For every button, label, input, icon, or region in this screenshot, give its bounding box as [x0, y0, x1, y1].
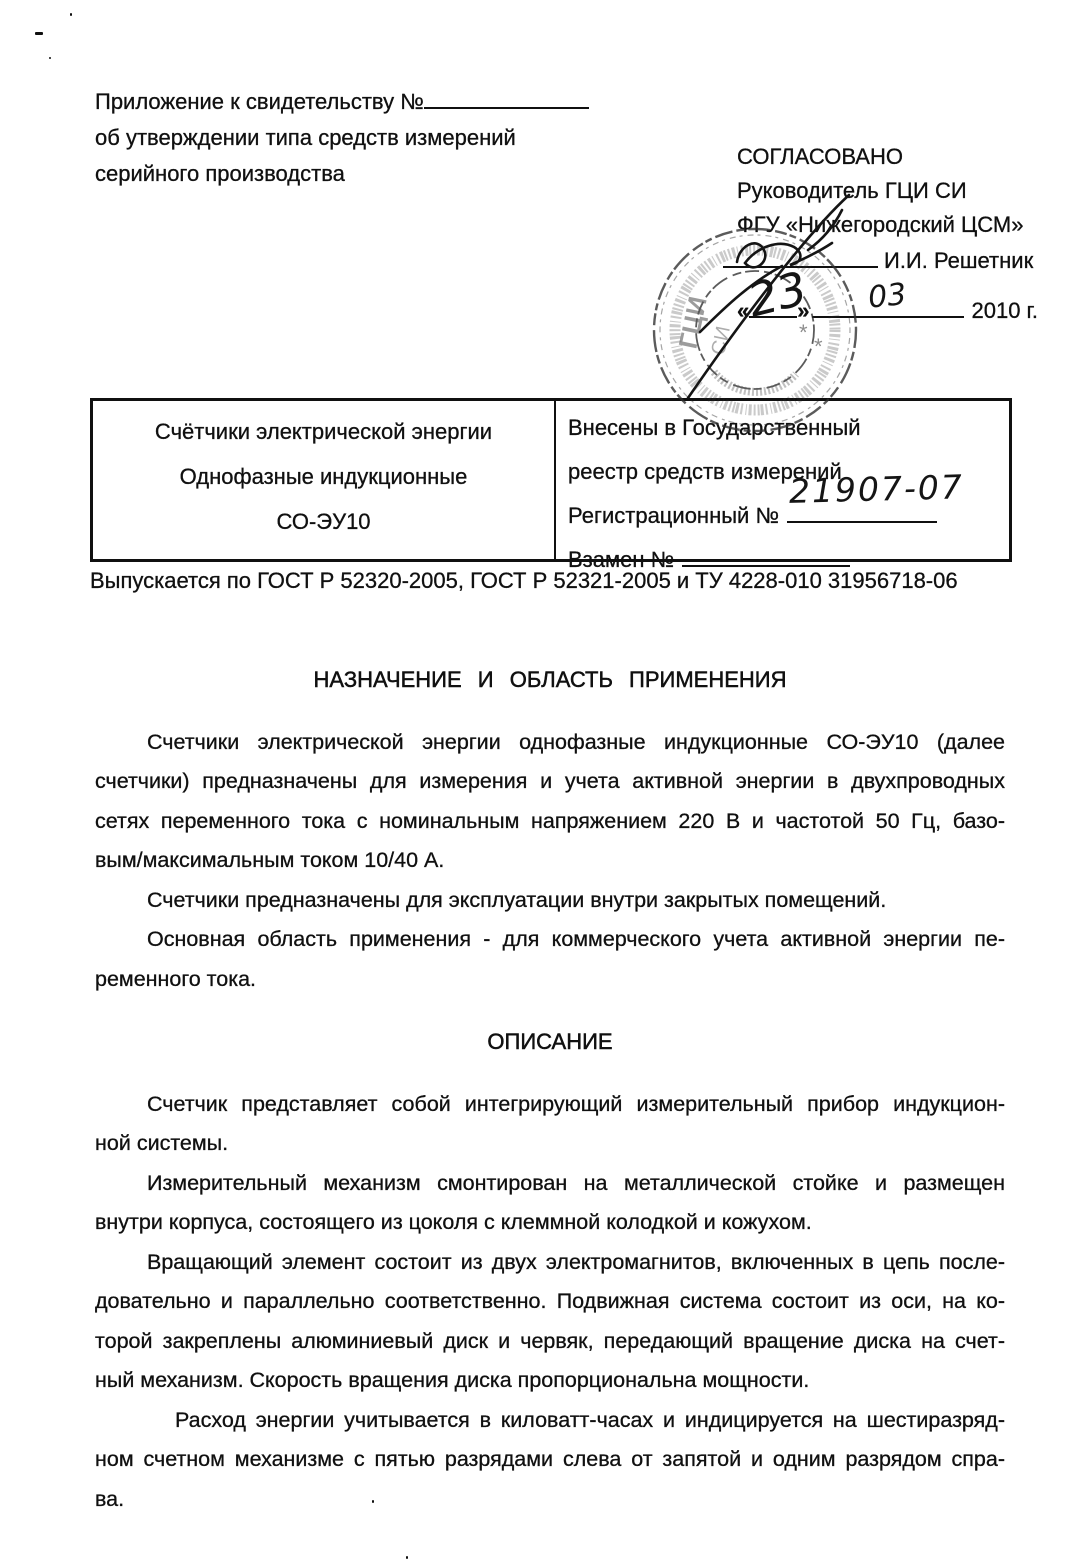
- quote-close: »: [797, 298, 809, 323]
- text-line: сетях переменного тока с номинальным нап…: [95, 802, 1005, 842]
- text-line: ва.: [95, 1480, 1005, 1520]
- document-body: НАЗНАЧЕНИЕ И ОБЛАСТЬ ПРИМЕНЕНИЯ Счетчики…: [95, 660, 1005, 1519]
- stamp-asterisk: *: [814, 334, 823, 359]
- paragraph: Расход энергии учитывается в киловатт-ча…: [95, 1401, 1005, 1520]
- scan-speck: [49, 57, 51, 59]
- stamp-center-text: ГЦИ: [673, 294, 713, 352]
- text-line: Счетчики предназначены для эксплуатации …: [95, 881, 1005, 921]
- stamp-center-text-2: СИ: [707, 324, 735, 357]
- text-line: торой закреплены алюминиевый диск и черв…: [95, 1322, 1005, 1362]
- text-line: Вращающий элемент состоит из двух электр…: [95, 1243, 1005, 1283]
- text-line: ном счетном механизме с пятью разрядами …: [95, 1440, 1005, 1480]
- certificate-line-3: серийного производства: [95, 156, 589, 192]
- registry-line-1: Внесены в Государственный: [568, 406, 1009, 450]
- device-name-cell: Счётчики электрической энергии Однофазны…: [93, 401, 556, 559]
- registration-number-blank-line: [787, 499, 937, 523]
- section-title-description: ОПИСАНИЕ: [95, 1022, 1005, 1062]
- text-line: вым/максимальным током 10/40 А.: [95, 841, 1005, 881]
- date-year-label: 2010 г.: [972, 298, 1039, 323]
- date-row: «»2010 г.: [737, 294, 1038, 324]
- registry-info-cell: Внесены в Государственный реестр средств…: [556, 401, 1009, 559]
- standards-line: Выпускается по ГОСТ Р 52320-2005, ГОСТ Р…: [90, 568, 1025, 594]
- certificate-reference-block: Приложение к свидетельству № об утвержде…: [95, 84, 589, 192]
- signer-name: И.И. Решетник: [884, 248, 1033, 273]
- registry-table: Счётчики электрической энергии Однофазны…: [90, 398, 1012, 562]
- quote-open: «: [737, 298, 749, 323]
- replaces-number-blank-line: [682, 543, 850, 567]
- text-line: Счетчики электрической энергии однофазны…: [95, 723, 1005, 763]
- paragraph: Измерительный механизм смонтирован на ме…: [95, 1164, 1005, 1243]
- device-type-line: СО-ЭУ10: [93, 499, 554, 544]
- registry-line-2: реестр средств измерений: [568, 450, 1009, 494]
- text-line: довательно и параллельно соответственно.…: [95, 1282, 1005, 1322]
- scan-speck: [70, 13, 72, 16]
- device-name-line: Однофазные индукционные: [93, 454, 554, 499]
- approval-role: Руководитель ГЦИ СИ: [737, 174, 1023, 208]
- approval-title: СОГЛАСОВАНО: [737, 140, 1023, 174]
- certificate-line-2: об утверждении типа средств измерений: [95, 120, 589, 156]
- text-line: ременного тока.: [95, 960, 1005, 1000]
- text-line: Основная область применения - для коммер…: [95, 920, 1005, 960]
- paragraph: Вращающий элемент состоит из двух электр…: [95, 1243, 1005, 1401]
- text-line: ный механизм. Скорость вращения диска пр…: [95, 1361, 1005, 1401]
- scan-speck: [35, 32, 43, 35]
- text-line: Измерительный механизм смонтирован на ме…: [95, 1164, 1005, 1204]
- registration-number-row: Регистрационный №: [568, 494, 1009, 538]
- approval-block: СОГЛАСОВАНО Руководитель ГЦИ СИ ФГУ «Ниж…: [737, 140, 1023, 242]
- paragraph: Счетчик представляет собой интегрирующий…: [95, 1085, 1005, 1164]
- description-section: Счетчик представляет собой интегрирующий…: [95, 1085, 1005, 1520]
- certificate-number-blank-line: [424, 87, 589, 109]
- paragraph: Счетчики электрической энергии однофазны…: [95, 723, 1005, 881]
- text-line: Счетчик представляет собой интегрирующий…: [95, 1085, 1005, 1125]
- text-line: Расход энергии учитывается в киловатт-ча…: [95, 1401, 1005, 1441]
- signature-row: И.И. Решетник: [723, 244, 1033, 274]
- text-line: внутри корпуса, состоящего из цоколя с к…: [95, 1203, 1005, 1243]
- document-page: Приложение к свидетельству № об утвержде…: [0, 0, 1092, 1560]
- text-line: ной системы.: [95, 1124, 1005, 1164]
- paragraph: Счетчики предназначены для эксплуатации …: [95, 881, 1005, 921]
- date-month-blank-line: [812, 294, 964, 318]
- section-title-purpose: НАЗНАЧЕНИЕ И ОБЛАСТЬ ПРИМЕНЕНИЯ: [95, 660, 1005, 700]
- certificate-line-1: Приложение к свидетельству №: [95, 84, 589, 120]
- scan-speck: [406, 1556, 408, 1559]
- text-line: счетчики) предназначены для измерения и …: [95, 762, 1005, 802]
- purpose-section: Счетчики электрической энергии однофазны…: [95, 723, 1005, 1000]
- date-day-blank-line: [749, 294, 797, 318]
- paragraph: Основная область применения - для коммер…: [95, 920, 1005, 999]
- signature-blank-line: [723, 244, 878, 268]
- approval-org: ФГУ «Нижегородский ЦСМ»: [737, 208, 1023, 242]
- device-name-line: Счётчики электрической энергии: [93, 409, 554, 454]
